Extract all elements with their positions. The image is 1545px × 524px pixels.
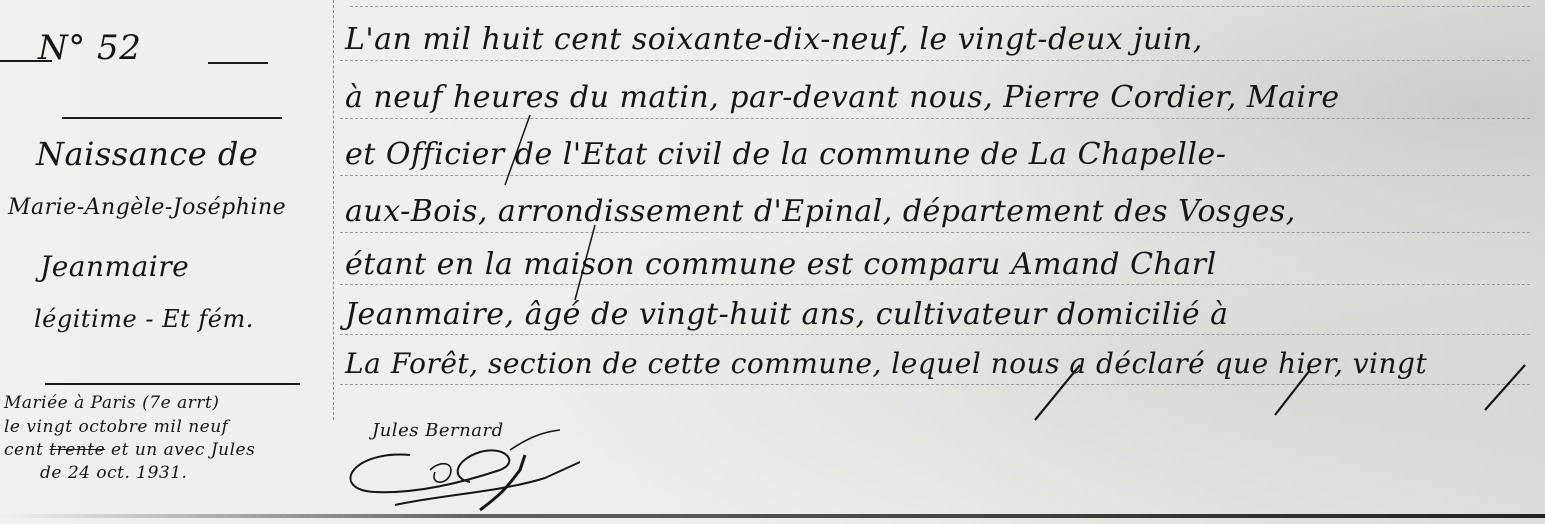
- marriage-annotation-text: cent trente et un avec Jules: [4, 440, 255, 460]
- marriage-annotation-line: cent trente et un avec Jules: [4, 440, 255, 460]
- body-line: Jeanmaire, âgé de vingt-huit ans, cultiv…: [345, 297, 1229, 332]
- ruled-line: [340, 60, 1530, 61]
- ruled-line: [340, 284, 1530, 285]
- ruled-line: [340, 334, 1530, 335]
- ruled-line: [340, 175, 1530, 176]
- body-line: aux-Bois, arrondissement d'Epinal, dépar…: [345, 194, 1296, 229]
- entry-number-dash-right: [208, 62, 268, 64]
- marriage-annotation-line: le vingt octobre mil neuf: [4, 417, 228, 437]
- margin-separator-rule: [62, 117, 282, 119]
- body-line: et Officier de l'Etat civil de la commun…: [345, 137, 1226, 172]
- entry-number: N° 52: [38, 28, 141, 68]
- body-line: La Forêt, section de cette commune, lequ…: [345, 347, 1427, 380]
- ruled-line: [340, 232, 1530, 233]
- marriage-annotation-line: Mariée à Paris (7e arrt): [4, 393, 219, 413]
- ruled-line: [340, 384, 1530, 385]
- body-line: L'an mil huit cent soixante-dix-neuf, le…: [345, 22, 1203, 57]
- legitimacy-sex-note: légitime - Et fém.: [34, 305, 254, 333]
- marriage-annotation-line: de 24 oct. 1931.: [40, 463, 187, 483]
- margin-heading: Naissance de: [36, 135, 258, 173]
- annotation-rule: [45, 383, 300, 385]
- body-line: étant en la maison commune est comparu A…: [345, 247, 1217, 282]
- margin-column-divider: [333, 0, 335, 420]
- page-bottom-edge: [0, 514, 1545, 518]
- struck-word: trente: [49, 440, 105, 460]
- body-line: à neuf heures du matin, par-devant nous,…: [345, 80, 1340, 115]
- annotation-signature-name: Jules Bernard: [372, 420, 504, 441]
- child-given-names: Marie-Angèle-Joséphine: [8, 195, 286, 220]
- top-ruled-line: [350, 6, 1530, 7]
- ruled-line: [340, 118, 1530, 119]
- child-surname: Jeanmaire: [40, 250, 189, 283]
- register-page: N° 52 Naissance de Marie-Angèle-Joséphin…: [0, 0, 1545, 524]
